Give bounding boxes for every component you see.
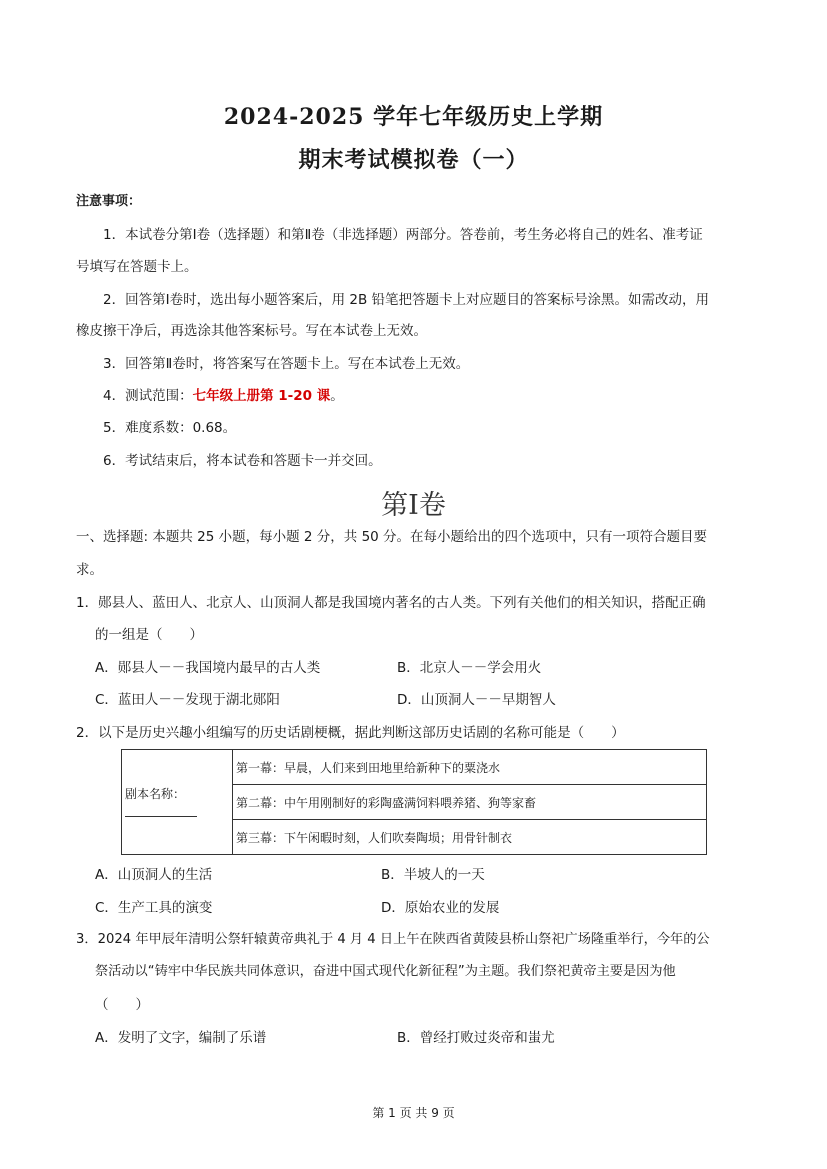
q1-option-a: A．郧县人－－我国境内最早的古人类 [95, 659, 320, 677]
page-number: 第 1 页 共 9 页 [0, 1104, 827, 1121]
note-4-prefix: 4．测试范围： [103, 388, 193, 404]
script-name-blank [125, 816, 197, 817]
note-1-line1: 1．本试卷分第Ⅰ卷（选择题）和第Ⅱ卷（非选择题）两部分。答卷前，考生务必将自己的… [103, 226, 703, 244]
note-4: 4．测试范围：七年级上册第 1-20 课。 [103, 387, 344, 405]
notes-heading: 注意事项： [76, 193, 141, 211]
q3-option-b: B．曾经打败过炎帝和蚩尤 [397, 1029, 555, 1047]
note-2-line2: 橡皮擦干净后，再选涂其他答案标号。写在本试卷上无效。 [76, 322, 427, 340]
script-name-cell: 剧本名称： [122, 750, 233, 855]
q1-option-c: C．蓝田人－－发现于湖北郧阳 [95, 691, 280, 709]
q1-option-d: D．山顶洞人－－早期智人 [397, 691, 556, 709]
q1-stem-line1: 1．郧县人、蓝田人、北京人、山顶洞人都是我国境内著名的古人类。下列有关他们的相关… [76, 594, 706, 612]
q1-option-b: B．北京人－－学会用火 [397, 659, 541, 677]
section-instructions-line1: 一、选择题: 本题共 25 小题，每小题 2 分，共 50 分。在每小题给出的四… [76, 528, 707, 546]
q2-option-b: B．半坡人的一天 [381, 866, 485, 884]
section-instructions-line2: 求。 [76, 561, 103, 579]
q2-stem: 2．以下是历史兴趣小组编写的历史话剧梗概，据此判断这部历史话剧的名称可能是（ ） [76, 724, 625, 742]
q3-stem-line3: （ ） [95, 996, 149, 1014]
exam-title-line2: 期末考试模拟卷（一） [0, 143, 827, 174]
note-2-line1: 2．回答第Ⅰ卷时，选出每小题答案后，用 2B 铅笔把答题卡上对应题目的答案标号涂… [103, 291, 709, 309]
test-scope-highlight: 七年级上册第 1-20 课 [193, 388, 331, 404]
note-4-suffix: 。 [330, 388, 344, 404]
q3-stem-line1: 3．2024 年甲辰年清明公祭轩辕黄帝典礼于 4 月 4 日上午在陕西省黄陵县桥… [76, 931, 710, 949]
q3-option-a: A．发明了文字，编制了乐谱 [95, 1029, 266, 1047]
script-name-label: 剧本名称： [125, 785, 229, 802]
q2-option-a: A．山顶洞人的生活 [95, 866, 212, 884]
section-title: 第Ⅰ卷 [0, 483, 827, 522]
script-table: 剧本名称： 第一幕：早晨，人们来到田地里给新种下的粟浇水 第二幕：中午用刚制好的… [121, 749, 707, 855]
exam-title-line1: 2024-2025 学年七年级历史上学期 [0, 100, 827, 131]
q2-option-c: C．生产工具的演变 [95, 899, 212, 917]
note-3: 3．回答第Ⅱ卷时，将答案写在答题卡上。写在本试卷上无效。 [103, 355, 469, 373]
note-5: 5．难度系数：0.68。 [103, 419, 236, 437]
note-6: 6．考试结束后，将本试卷和答题卡一并交回。 [103, 452, 382, 470]
scene-1: 第一幕：早晨，人们来到田地里给新种下的粟浇水 [233, 750, 707, 785]
scene-3: 第三幕：下午闲暇时刻，人们吹奏陶埙；用骨针制衣 [233, 820, 707, 855]
q3-stem-line2: 祭活动以“铸牢中华民族共同体意识，奋进中国式现代化新征程”为主题。我们祭祀黄帝主… [95, 963, 676, 981]
q1-stem-line2: 的一组是（ ） [95, 626, 203, 644]
note-1-line2: 号填写在答题卡上。 [76, 258, 198, 276]
q2-option-d: D．原始农业的发展 [381, 899, 499, 917]
scene-2: 第二幕：中午用刚制好的彩陶盛满饲料喂养猪、狗等家畜 [233, 785, 707, 820]
